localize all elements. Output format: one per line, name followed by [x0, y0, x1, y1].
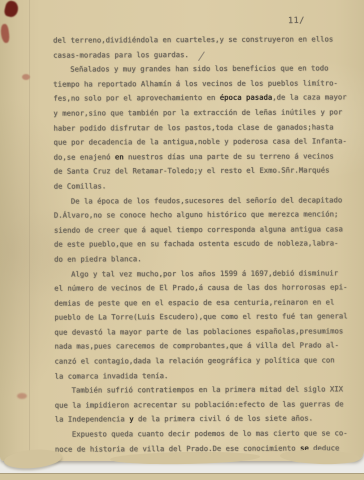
text-line: Algo y tal vez mucho,por los años 1599 á…: [54, 266, 348, 282]
text-line: siendo de creer que á aquel tiempo corre…: [54, 222, 348, 238]
red-ink-dot-upper: [22, 74, 30, 80]
text-line: do en piedra blanca.: [54, 251, 348, 267]
text-segment: la comarca invadida tenía.: [55, 371, 169, 380]
text-segment: de este pueblo,que en su fachada ostenta…: [54, 239, 339, 249]
text-line: de este pueblo,que en su fachada ostenta…: [54, 237, 348, 253]
text-line: la comarca invadida tenía.: [55, 368, 349, 384]
text-segment: nuestros días una parte de su terreno á …: [124, 151, 334, 161]
text-line: de Comillas.: [54, 178, 348, 194]
text-segment: do,se enajenó: [54, 152, 115, 161]
text-segment: De la época de los feudos,sucesores del …: [71, 195, 342, 205]
text-segment: Señalados y muy grandes han sido los ben…: [70, 64, 328, 74]
text-line: nada mas,pues carecemos de comprobantes,…: [54, 339, 348, 355]
text-line: También sufrió contratiempos en la prime…: [55, 383, 349, 399]
text-segment: que por decadencia de la antigua,noble y…: [54, 137, 347, 147]
text-line: demias de peste que en el espacio de esa…: [54, 295, 348, 311]
text-segment: y menor,sino que también por la extracci…: [53, 107, 342, 117]
text-line: que por decadencia de la antigua,noble y…: [54, 135, 348, 151]
text-segment: tiempo ha reportado Alhamín á los vecino…: [53, 78, 338, 88]
text-line: canzó el contagio,dada la relación geogr…: [54, 353, 348, 369]
text-segment: canzó el contagio,dada la relación geogr…: [54, 355, 334, 365]
text-line: haber podido disfrutar de los pastos,tod…: [53, 120, 347, 136]
text-segment: do en piedra blanca.: [54, 254, 142, 263]
text-segment: el número de vecinos de El Prado,á causa…: [54, 282, 347, 292]
text-segment: la Independencia: [55, 415, 129, 424]
overstruck-text: en: [115, 152, 124, 161]
text-segment: ,de la caza mayor: [272, 93, 346, 102]
text-segment: Expuesto queda cuanto decir podemos de l…: [72, 428, 348, 438]
text-line: D.Álvaro,no se conoce hecho alguno histó…: [54, 207, 348, 223]
text-line: Señalados y muy grandes han sido los ben…: [53, 62, 347, 78]
text-line: de Santa Cruz del Retamar-Toledo;y el re…: [54, 164, 348, 180]
text-segment: fes,no solo por el aprovechamiento en: [53, 93, 219, 103]
text-segment: que devastó la mayor parte de las poblac…: [54, 326, 343, 336]
text-line: De la época de los feudos,sucesores del …: [54, 193, 348, 209]
text-segment: pueblo de La Torre(Luis Escudero),que co…: [54, 312, 347, 322]
text-segment: del terreno,dividiéndola en cuarteles,y …: [53, 34, 333, 44]
text-segment: D.Álvaro,no se conoce hecho alguno histó…: [54, 210, 339, 220]
text-line: tiempo ha reportado Alhamín á los vecino…: [53, 76, 347, 92]
text-segment: También sufrió contratiempos en la prime…: [72, 385, 343, 395]
text-line: el número de vecinos de El Prado,á causa…: [54, 280, 348, 296]
text-line: fes,no solo por el aprovechamiento en ép…: [53, 91, 347, 107]
text-line: del terreno,dividiéndola en cuarteles,y …: [53, 32, 347, 48]
text-line: la Independencia y de la primera civil ó…: [55, 412, 349, 428]
overstruck-text: época pasada: [220, 93, 273, 102]
text-line: y menor,sino que también por la extracci…: [53, 105, 347, 121]
text-segment: de la primera civil ó de los siete años.: [134, 414, 314, 424]
text-line: Expuesto queda cuanto decir podemos de l…: [55, 426, 349, 442]
typewritten-text-block: del terreno,dividiéndola en cuarteles,y …: [53, 32, 349, 456]
text-line: pueblo de La Torre(Luis Escudero),que co…: [54, 310, 348, 326]
text-segment: de Comillas.: [54, 181, 107, 190]
text-line: que la impidieron acrecentar su població…: [55, 397, 349, 413]
text-segment: de Santa Cruz del Retamar-Toledo;y el re…: [54, 166, 330, 176]
text-segment: demias de peste que en el espacio de esa…: [54, 297, 334, 307]
paper-sheet: 11/ del terreno,dividiéndola en cuartele…: [0, 0, 364, 461]
text-segment: casas-moradas para los guardas.: [53, 50, 189, 60]
text-segment: siendo de creer que á aquel tiempo corre…: [54, 224, 343, 234]
text-line: que devastó la mayor parte de las poblac…: [54, 324, 348, 340]
text-segment: nada mas,pues carecemos de comprobantes,…: [54, 341, 339, 351]
underlying-sheet-edge: [0, 473, 364, 480]
text-segment: haber podido disfrutar de los pastos,tod…: [53, 122, 333, 132]
scanned-document-page: 11/ del terreno,dividiéndola en cuartele…: [0, 0, 364, 480]
page-number: 11/: [288, 16, 305, 26]
text-segment: que la impidieron acrecentar su població…: [55, 399, 344, 409]
text-line: do,se enajenó en nuestros días una parte…: [54, 149, 348, 165]
text-segment: Algo y tal vez mucho,por los años 1599 á…: [71, 268, 338, 278]
red-ink-dot-lower: [17, 393, 27, 399]
